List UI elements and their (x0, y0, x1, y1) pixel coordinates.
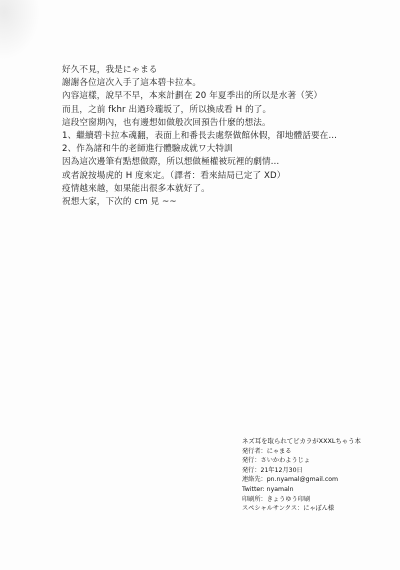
colophon-publisher: 発行者：にゃまる (242, 447, 392, 457)
afterword-text: 好久不見，我是にゃまる 謝謝各位這次入手了這本碧卡拉本。 內容這樣，說早不早，本… (62, 64, 362, 209)
colophon-date: 発行：21年12月30日 (242, 466, 392, 476)
afterword-line: 而且，之前 fkhr 出過玲瓏坂了，所以換成看 H 的了。 (62, 104, 362, 117)
afterword-line: 好久不見，我是にゃまる (62, 64, 362, 77)
colophon-twitter: Twitter: nyamaln (242, 485, 392, 495)
colophon-printer: 印刷所：きょうゆう印刷 (242, 495, 392, 505)
colophon: ネズ耳を取られてピカラがXXXLちゃう本 発行者：にゃまる 発行：さいかわようじ… (242, 437, 392, 514)
afterword-line: 這段空窗期內，也有邊想如做般次回預告什麼的想法。 (62, 117, 362, 130)
afterword-line: 1、繼續碧卡拉本魂翻，表面上和番長去處祭做館休假，卻地體話要在… (62, 130, 362, 143)
document-page: 好久不見，我是にゃまる 謝謝各位這次入手了這本碧卡拉本。 內容這樣，說早不早，本… (0, 0, 400, 570)
afterword-line: 或者說按場虎的 H 度來定。（譯者：看來結局已定了 XD） (62, 170, 362, 183)
colophon-circle: 発行：さいかわようじょ (242, 456, 392, 466)
afterword-line: 2、作為諸和牛的老師進行體驗成就ワ大特訓 (62, 143, 362, 156)
afterword-line: 疫情越來越，如果能出很多本就好了。 (62, 183, 362, 196)
colophon-title: ネズ耳を取られてピカラがXXXLちゃう本 (242, 437, 392, 447)
afterword-line: 祝想大家，下次的 cm 見 ~~ (62, 196, 362, 209)
afterword-line: 內容這樣，說早不早，本來計劃在 20 年夏季出的所以是水著（笑） (62, 90, 362, 103)
colophon-thanks: スペシャルサンクス：にゃぽん様 (242, 504, 392, 514)
colophon-contact: 連絡先：pn.nyamal@gmail.com (242, 475, 392, 485)
afterword-line: 因為這次邊筆有點想做際，所以想做極權被玩裡的劇情… (62, 156, 362, 169)
afterword-line: 謝謝各位這次入手了這本碧卡拉本。 (62, 77, 362, 90)
